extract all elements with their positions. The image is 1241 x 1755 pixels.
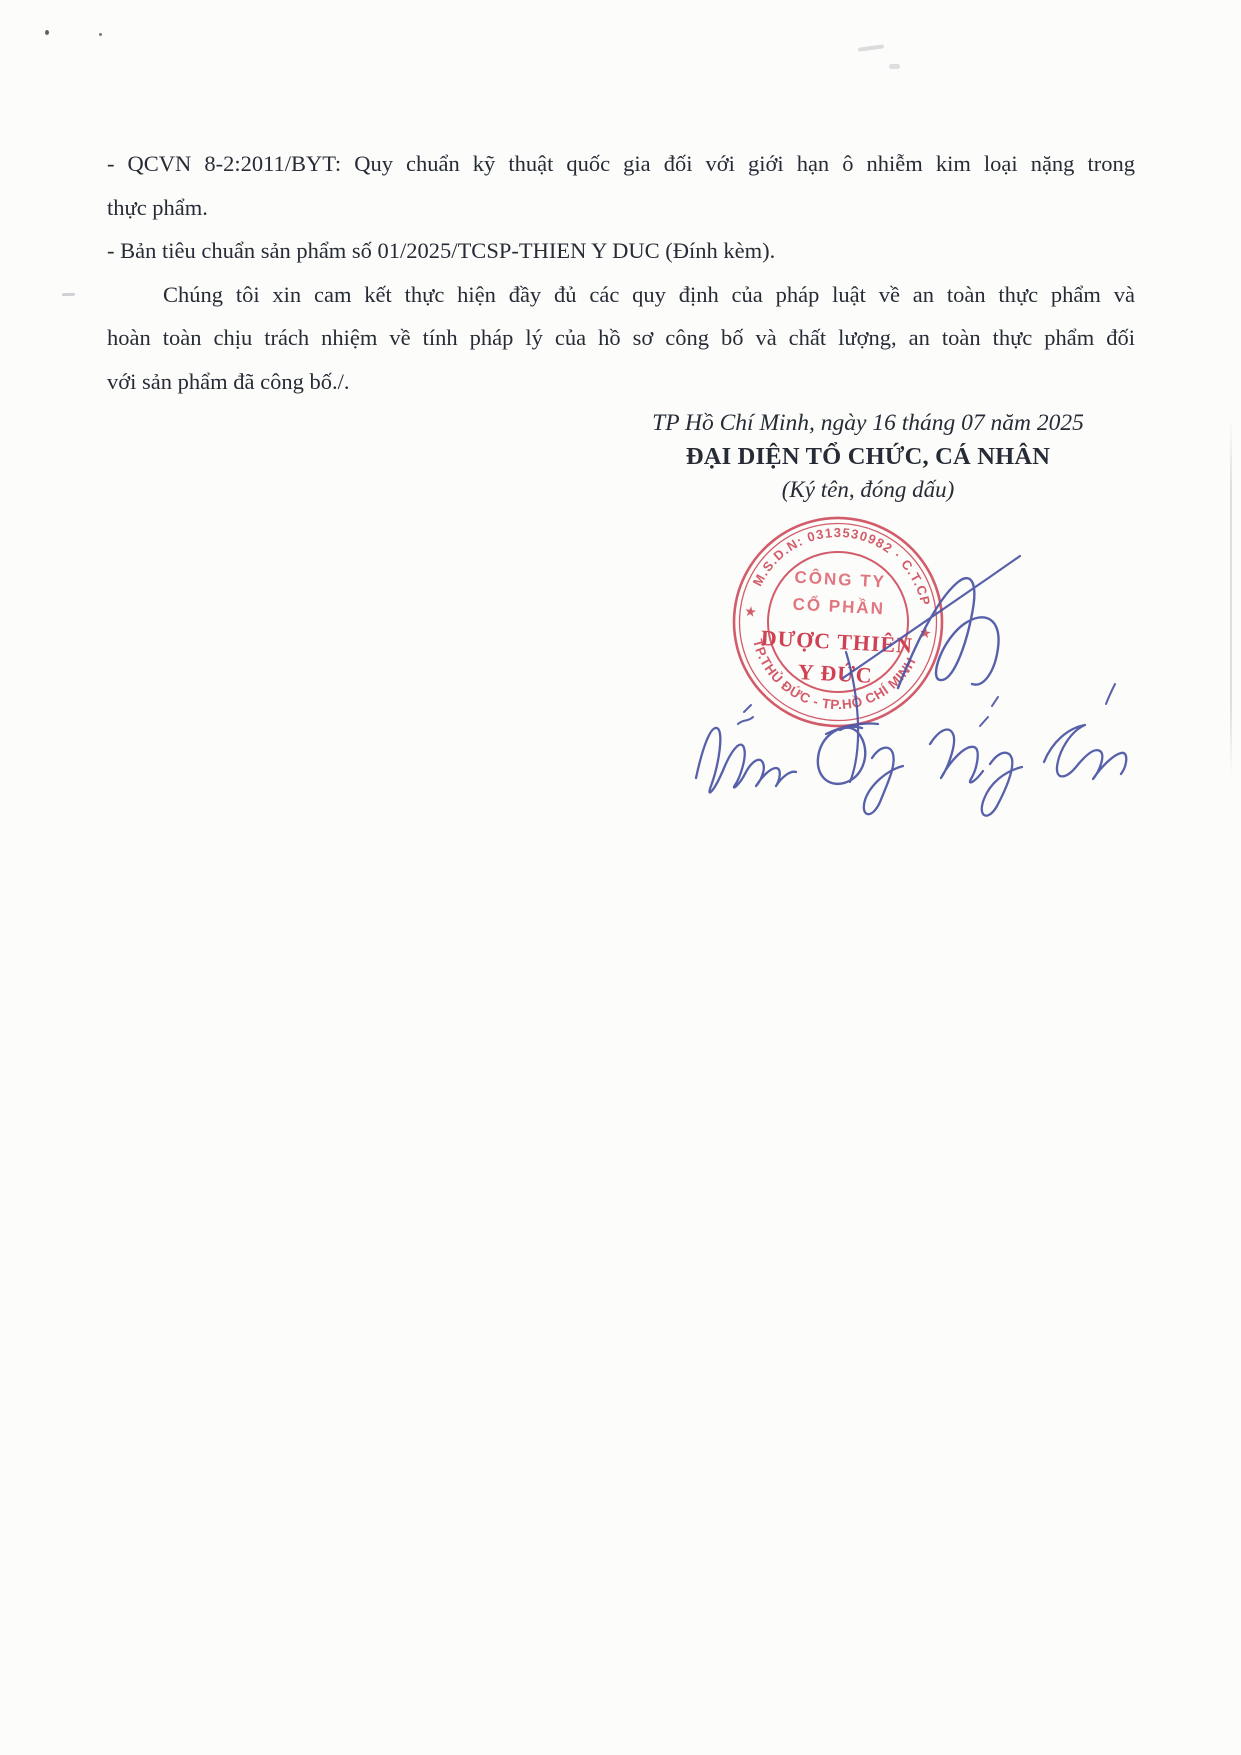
signature-word-4-tick: [1106, 684, 1115, 704]
body-line: - QCVN 8-2:2011/BYT: Quy chuẩn kỹ thuật …: [107, 142, 1135, 186]
body-line: thực phẩm.: [107, 186, 1135, 230]
signature-word-3-descender: [982, 753, 1022, 816]
closing-block: TP Hồ Chí Minh, ngày 16 tháng 07 năm 202…: [598, 406, 1138, 506]
scan-speck: [99, 33, 102, 36]
scan-edge-line: [1230, 418, 1232, 778]
signature-word-1-accents: [738, 705, 753, 724]
signature-word-3: [930, 729, 983, 782]
signature-word-3-accents: [980, 697, 998, 726]
signature-word-4: [1044, 725, 1126, 779]
signature-flourish-loops: [898, 578, 999, 688]
scanned-document-page: - QCVN 8-2:2011/BYT: Quy chuẩn kỹ thuật …: [0, 0, 1241, 1755]
body-line: hoàn toàn chịu trách nhiệm về tính pháp …: [107, 316, 1135, 360]
body-line: với sản phẩm đã công bố./.: [107, 360, 1135, 404]
signature-word-2-ascender: [846, 652, 858, 782]
scan-dash-artifact: [62, 293, 75, 296]
scan-smudge: [889, 64, 900, 69]
scan-smudge: [858, 44, 884, 52]
scan-speck: [45, 30, 49, 35]
body-text: - QCVN 8-2:2011/BYT: Quy chuẩn kỹ thuật …: [107, 142, 1135, 403]
body-line: Chúng tôi xin cam kết thực hiện đầy đủ c…: [107, 273, 1135, 317]
representative-title: ĐẠI DIỆN TỔ CHỨC, CÁ NHÂN: [598, 440, 1138, 473]
handwritten-signature: Nguyễn Đặng Hồng Luyến: [600, 520, 1160, 840]
signature-word-2-descender: [864, 748, 903, 815]
place-date-line: TP Hồ Chí Minh, ngày 16 tháng 07 năm 202…: [598, 406, 1138, 440]
signature-word-1: [696, 728, 796, 793]
body-line: - Bản tiêu chuẩn sản phẩm số 01/2025/TCS…: [107, 229, 1135, 273]
